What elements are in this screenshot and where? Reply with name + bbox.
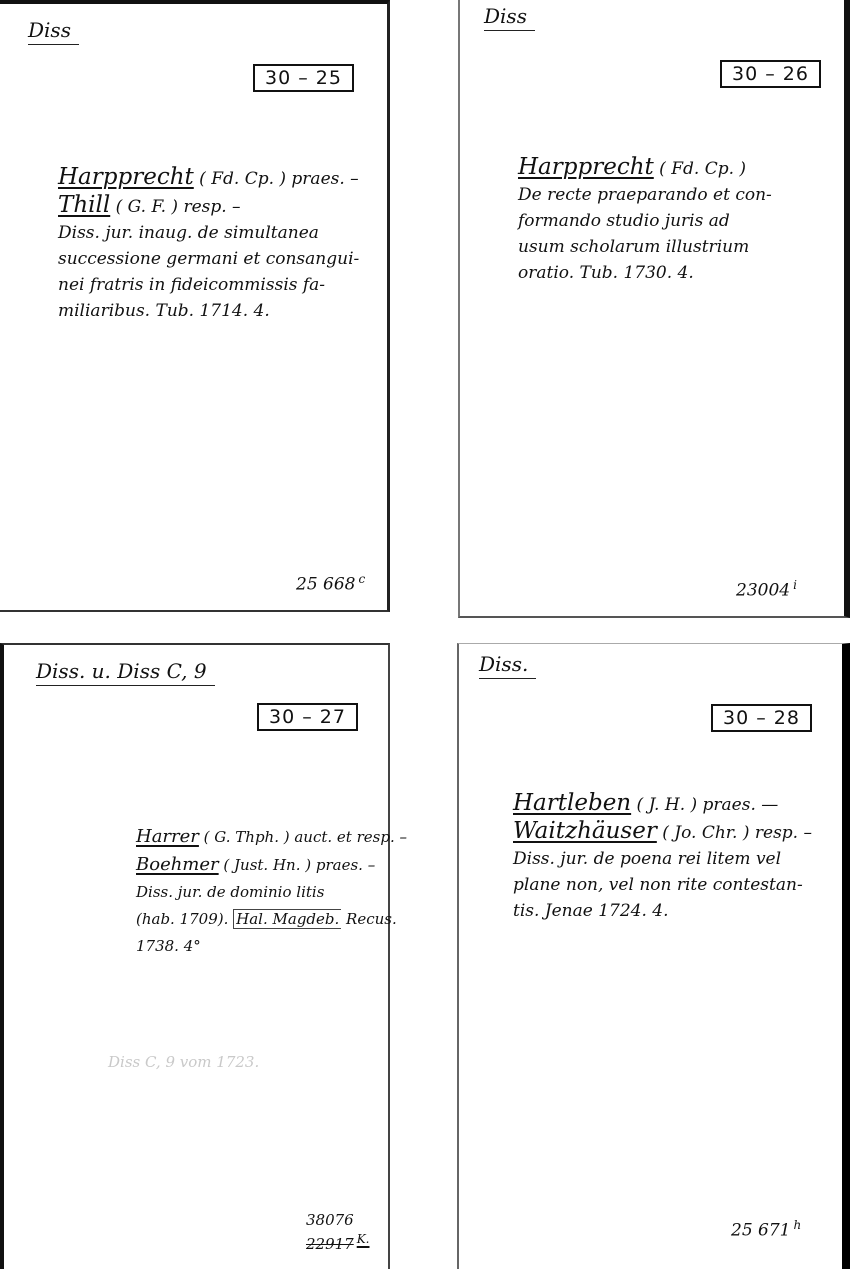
accession-number: 38076 22917K. [306,1211,370,1254]
entry-line-respondent: Waitzhäuser ( Jo. Chr. ) resp. – [513,818,812,846]
call-number-box: 30 – 26 [720,60,821,88]
entry-line: plane non, vel non rite contestan- [513,872,812,898]
bracketed-place: Hal. Magdeb. [233,909,341,929]
catalog-entry: Harpprecht ( Fd. Cp. ) De recte praepara… [518,154,772,286]
entry-line-respondent: Thill ( G. F. ) resp. – [58,192,359,220]
praeses-name: Hartleben [513,790,631,816]
call-number-box: 30 – 28 [711,704,812,732]
entry-line: formando studio juris ad [518,208,772,234]
struck-accession: 22917 [306,1235,354,1253]
entry-line-imprint: (hab. 1709). Hal. Magdeb. Recus. [136,906,407,933]
author-name: Harpprecht [58,164,194,190]
entry-line: usum scholarum illustrium [518,234,772,260]
accession-number: 25 668c [296,572,365,595]
entry-line-author: Harpprecht ( Fd. Cp. ) [518,154,772,182]
entry-line: tis. Jenae 1724. 4. [513,898,812,924]
catalog-entry: Hartleben ( J. H. ) praes. — Waitzhäuser… [513,790,812,924]
entry-line: 1738. 4° [136,933,407,960]
entry-line: Diss. jur. de dominio litis [136,879,407,906]
respondent-name: Waitzhäuser [513,818,657,844]
classmark: Diss. u. Diss C, 9 [36,659,215,686]
catalog-card-30-28: Diss. 30 – 28 Hartleben ( J. H. ) praes.… [457,643,850,1269]
catalog-card-30-25: Diss 30 – 25 Harpprecht ( Fd. Cp. ) prae… [0,0,390,612]
catalog-card-30-27: Diss. u. Diss C, 9 30 – 27 Harrer ( G. T… [0,643,390,1269]
entry-line: De recte praeparando et con- [518,182,772,208]
classmark: Diss [484,4,535,31]
classmark: Diss [28,18,79,45]
entry-line-author: Harrer ( G. Thph. ) auct. et resp. – [136,823,407,851]
entry-line: Diss. jur. de poena rei litem vel [513,846,812,872]
respondent-name: Thill [58,192,110,218]
author-name: Harrer [136,826,199,847]
entry-line: Diss. jur. inaug. de simultanea [58,220,359,246]
entry-line-praeses: Hartleben ( J. H. ) praes. — [513,790,812,818]
entry-line: nei fratris in fideicommissis fa- [58,272,359,298]
entry-line-praeses: Boehmer ( Just. Hn. ) praes. – [136,851,407,879]
entry-line: oratio. Tub. 1730. 4. [518,260,772,286]
catalog-entry: Harpprecht ( Fd. Cp. ) praes. – Thill ( … [58,164,359,324]
praeses-name: Boehmer [136,854,219,875]
accession-number: 23004i [736,578,797,601]
catalog-entry: Harrer ( G. Thph. ) auct. et resp. – Boe… [136,823,407,960]
call-number-box: 30 – 25 [253,64,354,92]
entry-line-author: Harpprecht ( Fd. Cp. ) praes. – [58,164,359,192]
classmark: Diss. [479,652,536,679]
entry-line: miliaribus. Tub. 1714. 4. [58,298,359,324]
author-name: Harpprecht [518,154,654,180]
faint-pencil-note: Diss C, 9 vom 1723. [108,1053,259,1071]
call-number-box: 30 – 27 [257,703,358,731]
catalog-card-30-26: Diss 30 – 26 Harpprecht ( Fd. Cp. ) De r… [458,0,850,618]
accession-number: 25 671h [731,1218,801,1241]
entry-line: successione germani et consangui- [58,246,359,272]
